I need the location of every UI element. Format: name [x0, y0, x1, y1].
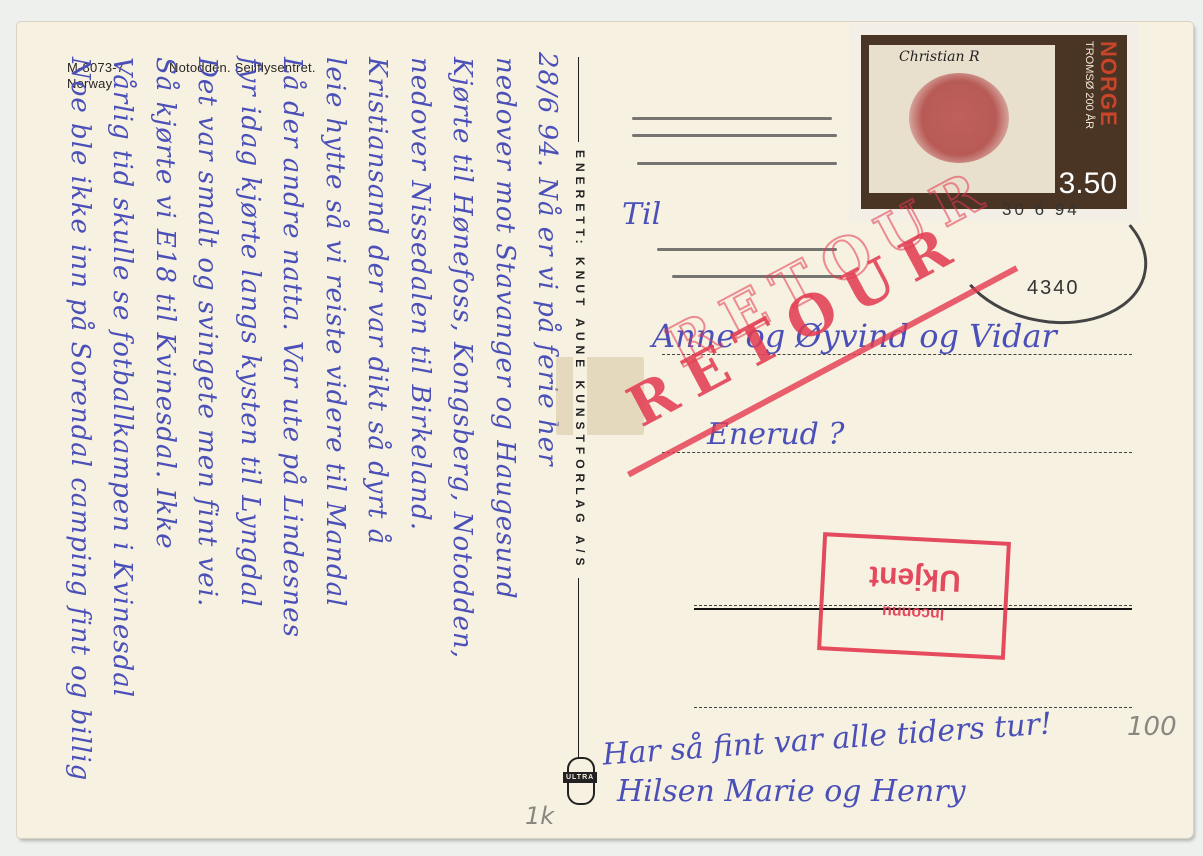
stamp-subtitle: TROMSØ 200 ÅR — [1083, 41, 1095, 129]
message-line: fyr idag kjørte langs kysten til Lyngdal — [235, 57, 265, 608]
pencil-note-bottom: 1k — [525, 802, 554, 830]
postcard-back: M-8073-7 Notodden. Seilflysentret. Norwa… — [17, 22, 1193, 838]
address-prefix: Til — [622, 197, 661, 232]
address-line — [694, 707, 1132, 708]
message-line: leie hytte så vi reiste videre til Manda… — [320, 57, 350, 607]
stamp-value: 3.50 — [1059, 167, 1117, 201]
postmark-wave — [632, 134, 837, 137]
stamp-country: NORGE — [1095, 41, 1121, 127]
message-line: nedover Nissedalen til Birkeland. — [405, 57, 435, 531]
footer-line-1: Har så fint var alle tiders tur! — [601, 706, 1053, 772]
message-line: Vårlig tid skulle se fotballkampen i Kvi… — [107, 57, 137, 698]
postmark-date: 30 6 94 — [1002, 200, 1080, 220]
pencil-note-price: 100 — [1127, 712, 1177, 742]
message-line: nedover mot Stavanger og Haugesund — [490, 57, 520, 600]
message-line: Lå der andre natta. Var ute på Lindesnes — [277, 57, 307, 638]
unknown-recipient-stamp: Ukjent Inconnu — [817, 532, 1011, 660]
postmark-wave — [632, 117, 832, 120]
ultra-logo-icon: ULTRA — [567, 757, 595, 805]
message-line: Kjørte til Hønefoss, Kongsberg, Notodden… — [447, 57, 477, 659]
message-line: Det var smalt og svingete men fint vei. — [192, 57, 222, 607]
publisher-credit: ENERETT: KNUT AUNE KUNSTFORLAG A/S — [573, 142, 587, 578]
postmark-wave — [637, 162, 837, 165]
address-line — [662, 452, 1132, 453]
footer-line-2: Hilsen Marie og Henry — [617, 774, 966, 809]
message-line: Noe ble ikke inn på Sorendal camping fin… — [65, 57, 95, 781]
postage-stamp: Christian R NORGE TROMSØ 200 ÅR 3.50 — [853, 27, 1135, 217]
seal-icon — [909, 73, 1009, 163]
postmark-zip: 4340 — [1027, 277, 1080, 300]
message-line: Kristiansand der var dikt så dyrt å — [362, 57, 392, 545]
message-line: Så kjørte vi E18 til Kvinesdal. Ikke — [150, 57, 180, 550]
